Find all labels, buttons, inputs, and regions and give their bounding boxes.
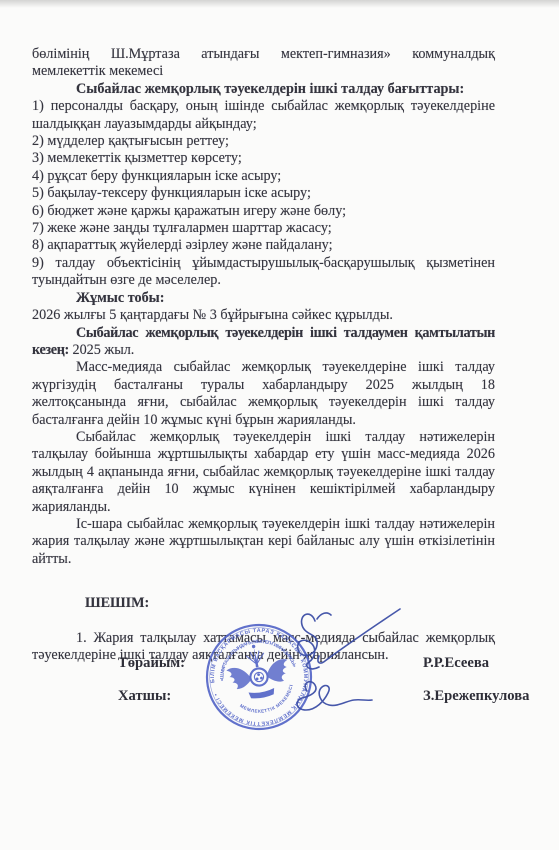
scan-edge-shadow bbox=[0, 0, 559, 8]
period-paragraph: Сыбайлас жемқорлық тәуекелдерін ішкі тал… bbox=[32, 325, 495, 360]
direction-item-3: 3) мемлекеттік қызметтер көрсету; bbox=[32, 150, 495, 167]
direction-item-1: 1) персоналды басқару, оның ішінде сыбай… bbox=[32, 98, 495, 133]
secretary-name: З.Ережепкулова bbox=[423, 688, 529, 705]
direction-item-8: 8) ақпараттық жүйелерді әзірлеу және пай… bbox=[32, 237, 495, 254]
chairman-name: Р.Р.Есеева bbox=[423, 655, 489, 672]
workgroup-heading: Жұмыс тобы: bbox=[32, 290, 495, 307]
direction-item-4: 4) рұқсат беру функцияларын іске асыру; bbox=[32, 168, 495, 185]
directions-heading: Сыбайлас жемқорлық тәуекелдерін ішкі тал… bbox=[32, 81, 495, 98]
workgroup-text: 2026 жылғы 5 қаңтардағы № 3 бұйрығына сә… bbox=[32, 307, 495, 324]
scanned-protocol-document: бөлімінің Ш.Мұртаза атындағы мектеп-гимн… bbox=[0, 0, 559, 850]
secretary-row: Хатшы: З.Ережепкулова bbox=[32, 688, 495, 708]
chairman-label: Төрайым: bbox=[118, 655, 185, 672]
event-purpose-paragraph: Іс-шара сыбайлас жемқорлық тәуекелдерін … bbox=[32, 516, 495, 568]
direction-item-6: 6) бюджет және қаржы қаражатын игеру жән… bbox=[32, 203, 495, 220]
period-value: 2025 жыл. bbox=[72, 342, 134, 358]
signature-block: Төрайым: Р.Р.Есеева Хатшы: З.Ережепкулов… bbox=[32, 655, 495, 725]
direction-item-2: 2) мүдделер қақтығысын реттеу; bbox=[32, 133, 495, 150]
secretary-label: Хатшы: bbox=[118, 688, 171, 705]
announcement-end-paragraph: Сыбайлас жемқорлық тәуекелдерін ішкі тал… bbox=[32, 429, 495, 516]
announcement-start-paragraph: Масс-медияда сыбайлас жемқорлық тәуекелд… bbox=[32, 359, 495, 429]
chairman-row: Төрайым: Р.Р.Есеева bbox=[32, 655, 495, 675]
document-body: бөлімінің Ш.Мұртаза атындағы мектеп-гимн… bbox=[32, 46, 495, 664]
direction-item-7: 7) жеке және заңды тұлғалармен шарттар ж… bbox=[32, 220, 495, 237]
direction-item-5: 5) бақылау-тексеру функцияларын іске асы… bbox=[32, 185, 495, 202]
continuation-paragraph: бөлімінің Ш.Мұртаза атындағы мектеп-гимн… bbox=[32, 46, 495, 81]
direction-item-9: 9) талдау объектісінің ұйымдастырушылық-… bbox=[32, 255, 495, 290]
